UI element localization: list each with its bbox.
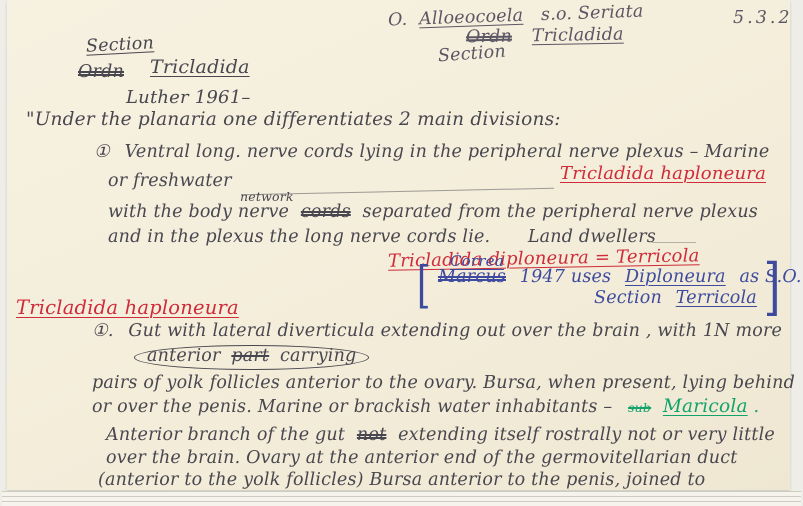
heading-struck-word: Ordn (78, 63, 124, 82)
haploneura-line4-struck: not (357, 425, 386, 445)
circled-struck: part (231, 346, 269, 366)
corner-code: 5.3.2 (733, 9, 793, 28)
note-diploneura: Diploneura (625, 267, 726, 287)
heading-reference: Luther 1961– (126, 88, 251, 108)
maricola-period: . (753, 397, 759, 417)
haploneura-line3: or over the penis. Marine or brackish wa… (92, 397, 759, 417)
division1-line3: with the body nerve cords separated from… (108, 203, 758, 222)
close-bracket: ] (764, 250, 781, 323)
haploneura-line4-post: extending itself rostrally not or very l… (398, 425, 775, 445)
division1-line3-post: separated from the peripheral nerve plex… (363, 202, 758, 222)
haploneura-heading: Tricladida haploneura (16, 297, 239, 318)
note-line1: Marcus 1947 uses Diploneura as S.O. (438, 268, 802, 287)
heading-section-label: Section (86, 34, 155, 57)
circled-edit-box: anterior part carrying (134, 345, 369, 370)
taxon-haploneura-inline: Tricladida haploneura (560, 164, 766, 184)
division1-line2: or freshwater (108, 172, 232, 191)
note-section-label: Section (594, 288, 662, 308)
struck-sub: sub (628, 400, 651, 415)
quote-intro: "Under the planaria one differentiates 2… (26, 110, 561, 130)
note-terricola: Terricola (676, 288, 757, 308)
heading-section-text: Section (85, 33, 154, 57)
note-struck-marcus: Marcus (438, 267, 506, 287)
note-mid-text: 1947 uses (520, 267, 612, 287)
haploneura-line3-text: or over the penis. Marine or brackish wa… (92, 397, 612, 417)
division1-line1: ① Ventral long. nerve cords lying in the… (94, 143, 769, 162)
haploneura-line2: pairs of yolk follicles anterior to the … (92, 374, 795, 393)
circled-post: carrying (280, 346, 357, 366)
heading-taxon: Tricladida (150, 57, 250, 78)
haploneura-line1: ①. Gut with lateral diverticula extendin… (92, 322, 782, 341)
corner-taxon: Tricladida (532, 25, 624, 47)
card-stack-edge (2, 501, 801, 506)
land-dwellers-text: Land dwellers (528, 227, 656, 247)
division1-line3-pre: with the body nerve (108, 202, 289, 222)
division1-line4-text: and in the plexus the long nerve cords l… (108, 227, 490, 247)
note-line2: Section Terricola (594, 289, 757, 308)
haploneura-number: ①. (92, 321, 114, 341)
land-dwellers-rule (652, 242, 696, 243)
index-card-photo: O. Alloeocoela s.o. Seriata 5.3.2 Ordn T… (0, 0, 803, 506)
haploneura-line4-pre: Anterior branch of the gut (106, 425, 345, 445)
haploneura-line1-text: Gut with lateral diverticula extending o… (128, 321, 782, 341)
division1-line3-struck: cords (301, 202, 351, 222)
haploneura-line6: (anterior to the yolk follicles) Bursa a… (98, 471, 705, 490)
circled-edit: anterior part carrying (134, 345, 369, 370)
circled-pre: anterior (147, 346, 221, 366)
haploneura-line5: over the brain. Ovary at the anterior en… (106, 449, 737, 468)
division1-line1-text: Ventral long. nerve cords lying in the p… (125, 142, 770, 162)
division1-number: ① (94, 142, 110, 162)
haploneura-line4: Anterior branch of the gut not extending… (106, 426, 775, 445)
corner-suborder: s.o. Seriata (541, 2, 644, 26)
corner-order-prefix: O. (388, 10, 408, 31)
division1-line4: and in the plexus the long nerve cords l… (108, 228, 656, 247)
maricola-taxon: Maricola (663, 396, 748, 417)
open-bracket: [ (417, 256, 431, 314)
